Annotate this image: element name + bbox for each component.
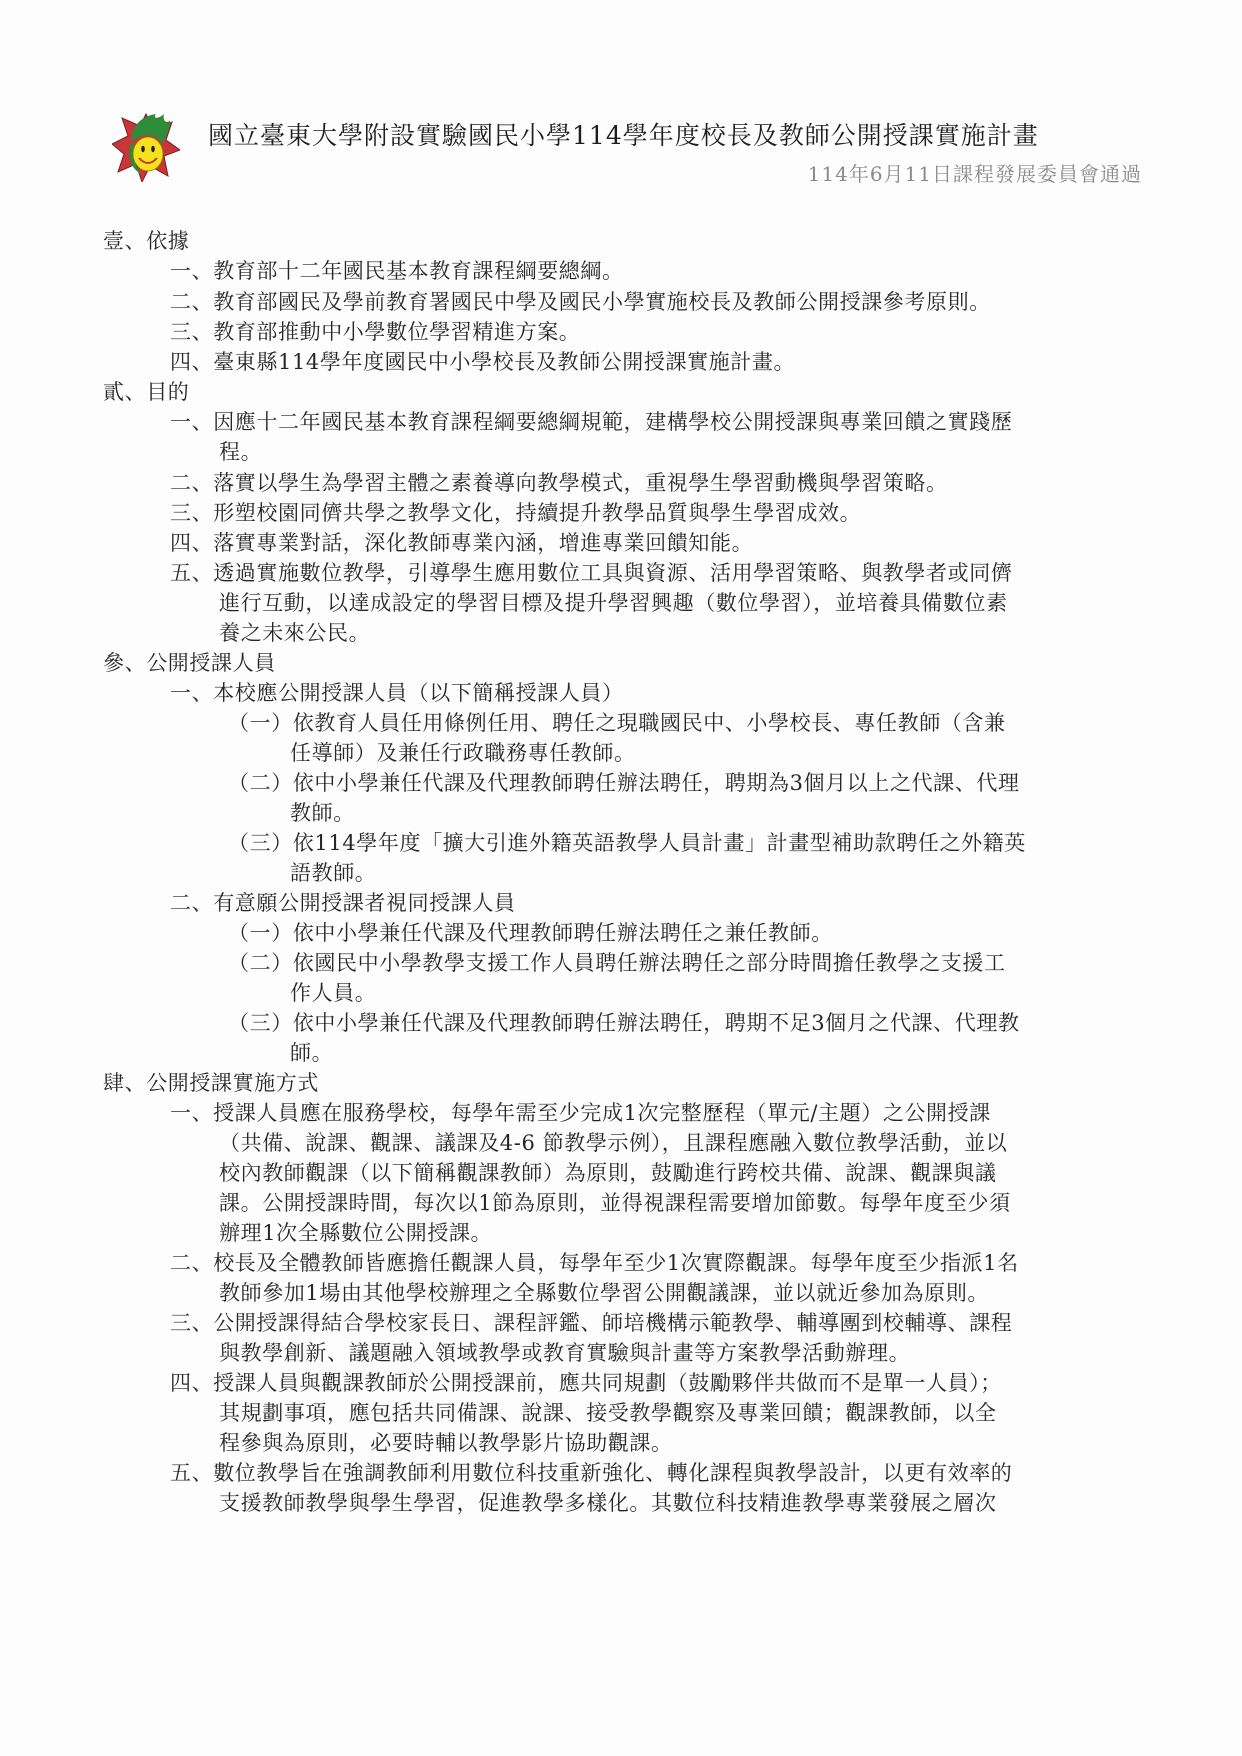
- document-text-line: 一、本校應公開授課人員（以下簡稱授課人員）: [170, 679, 624, 707]
- document-text-line: 四、授課人員與觀課教師於公開授課前，應共同規劃（鼓勵夥伴共做而不是單一人員）；: [170, 1369, 1002, 1397]
- document-text-line: 五、數位教學旨在強調教師利用數位科技重新強化、轉化課程與教學設計，以更有效率的: [170, 1459, 1012, 1487]
- document-text-line: 三、教育部推動中小學數位學習精進方案。: [170, 318, 580, 346]
- section-heading: 參、公開授課人員: [103, 649, 276, 677]
- document-text-line: 課。公開授課時間，每次以1節為原則，並得視課程需要增加節數。每學年度至少須: [219, 1189, 1011, 1217]
- document-text-line: 教師。: [290, 799, 355, 827]
- document-text-line: 教師參加1場由其他學校辦理之全縣數位學習公開觀議課，並以就近參加為原則。: [219, 1279, 989, 1307]
- section-heading: 貳、目的: [103, 378, 189, 406]
- document-text-line: （二）依中小學兼任代課及代理教師聘任辦法聘任，聘期為3個月以上之代課、代理: [228, 769, 1020, 797]
- document-text-line: 三、公開授課得結合學校家長日、課程評鑑、師培機構示範教學、輔導團到校輔導、課程: [170, 1309, 1012, 1337]
- document-text-line: 二、落實以學生為學習主體之素養導向教學模式，重視學生學習動機與學習策略。: [170, 469, 948, 497]
- document-text-line: （一）依教育人員任用條例任用、聘任之現職國民中、小學校長、專任教師（含兼: [228, 709, 1006, 737]
- document-text-line: 其規劃事項，應包括共同備課、說課、接受教學觀察及專業回饋；觀課教師，以全: [219, 1399, 997, 1427]
- approval-note: 114年6月11日課程發展委員會通過: [808, 158, 1142, 187]
- section-heading: 肆、公開授課實施方式: [103, 1069, 319, 1097]
- document-text-line: 師。: [290, 1039, 333, 1067]
- document-text-line: （三）依114學年度「擴大引進外籍英語教學人員計畫」計畫型補助款聘任之外籍英: [228, 829, 1026, 857]
- document-text-line: 三、形塑校園同儕共學之教學文化，持續提升教學品質與學生學習成效。: [170, 499, 861, 527]
- document-title: 國立臺東大學附設實驗國民小學114學年度校長及教師公開授課實施計畫: [208, 116, 1039, 152]
- document-text-line: 與教學創新、議題融入領域教學或教育實驗與計畫等方案教學活動辦理。: [219, 1339, 910, 1367]
- document-text-line: 養之未來公民。: [219, 619, 370, 647]
- document-text-line: 校內教師觀課（以下簡稱觀課教師）為原則，鼓勵進行跨校共備、說課、觀課與議: [219, 1159, 997, 1187]
- document-text-line: 四、落實專業對話，深化教師專業內涵，增進專業回饋知能。: [170, 529, 753, 557]
- document-text-line: 任導師）及兼任行政職務專任教師。: [290, 739, 636, 767]
- document-text-line: 一、教育部十二年國民基本教育課程綱要總綱。: [170, 257, 624, 285]
- document-text-line: 四、臺東縣114學年度國民中小學校長及教師公開授課實施計畫。: [170, 348, 795, 376]
- document-text-line: 作人員。: [290, 979, 376, 1007]
- document-text-line: 語教師。: [290, 859, 376, 887]
- document-text-line: 二、教育部國民及學前教育署國民中學及國民小學實施校長及教師公開授課參考原則。: [170, 288, 991, 316]
- section-heading: 壹、依據: [103, 227, 189, 255]
- document-text-line: （三）依中小學兼任代課及代理教師聘任辦法聘任，聘期不足3個月之代課、代理教: [228, 1009, 1020, 1037]
- document-page: 國立臺東大學附設實驗國民小學114學年度校長及教師公開授課實施計畫 114年6月…: [0, 0, 1242, 1756]
- document-text-line: 辦理1次全縣數位公開授課。: [219, 1219, 492, 1247]
- document-text-line: 程。: [219, 438, 262, 466]
- document-text-line: 進行互動，以達成設定的學習目標及提升學習興趣（數位學習），並培養具備數位素: [219, 589, 1008, 617]
- document-text-line: 二、有意願公開授課者視同授課人員: [170, 889, 516, 917]
- document-text-line: （共備、說課、觀課、議課及4-6 節教學示例），且課程應融入數位教學活動，並以: [219, 1129, 1007, 1157]
- document-text-line: 一、因應十二年國民基本教育課程綱要總綱規範，建構學校公開授課與專業回饋之實踐歷: [170, 408, 1012, 436]
- document-text-line: 支援教師教學與學生學習，促進教學多樣化。其數位科技精進教學專業發展之層次: [219, 1489, 997, 1517]
- document-text-line: （二）依國民中小學教學支援工作人員聘任辦法聘任之部分時間擔任教學之支援工: [228, 949, 1006, 977]
- document-text-line: 程參與為原則，必要時輔以教學影片協助觀課。: [219, 1429, 673, 1457]
- school-sun-logo-icon: [112, 112, 180, 182]
- document-text-line: 五、透過實施數位教學，引導學生應用數位工具與資源、活用學習策略、與教學者或同儕: [170, 559, 1012, 587]
- document-text-line: 二、校長及全體教師皆應擔任觀課人員，每學年至少1次實際觀課。每學年度至少指派1名: [170, 1249, 1019, 1277]
- document-text-line: 一、授課人員應在服務學校，每學年需至少完成1次完整歷程（單元/主題）之公開授課: [170, 1099, 991, 1127]
- document-text-line: （一）依中小學兼任代課及代理教師聘任辦法聘任之兼任教師。: [228, 919, 833, 947]
